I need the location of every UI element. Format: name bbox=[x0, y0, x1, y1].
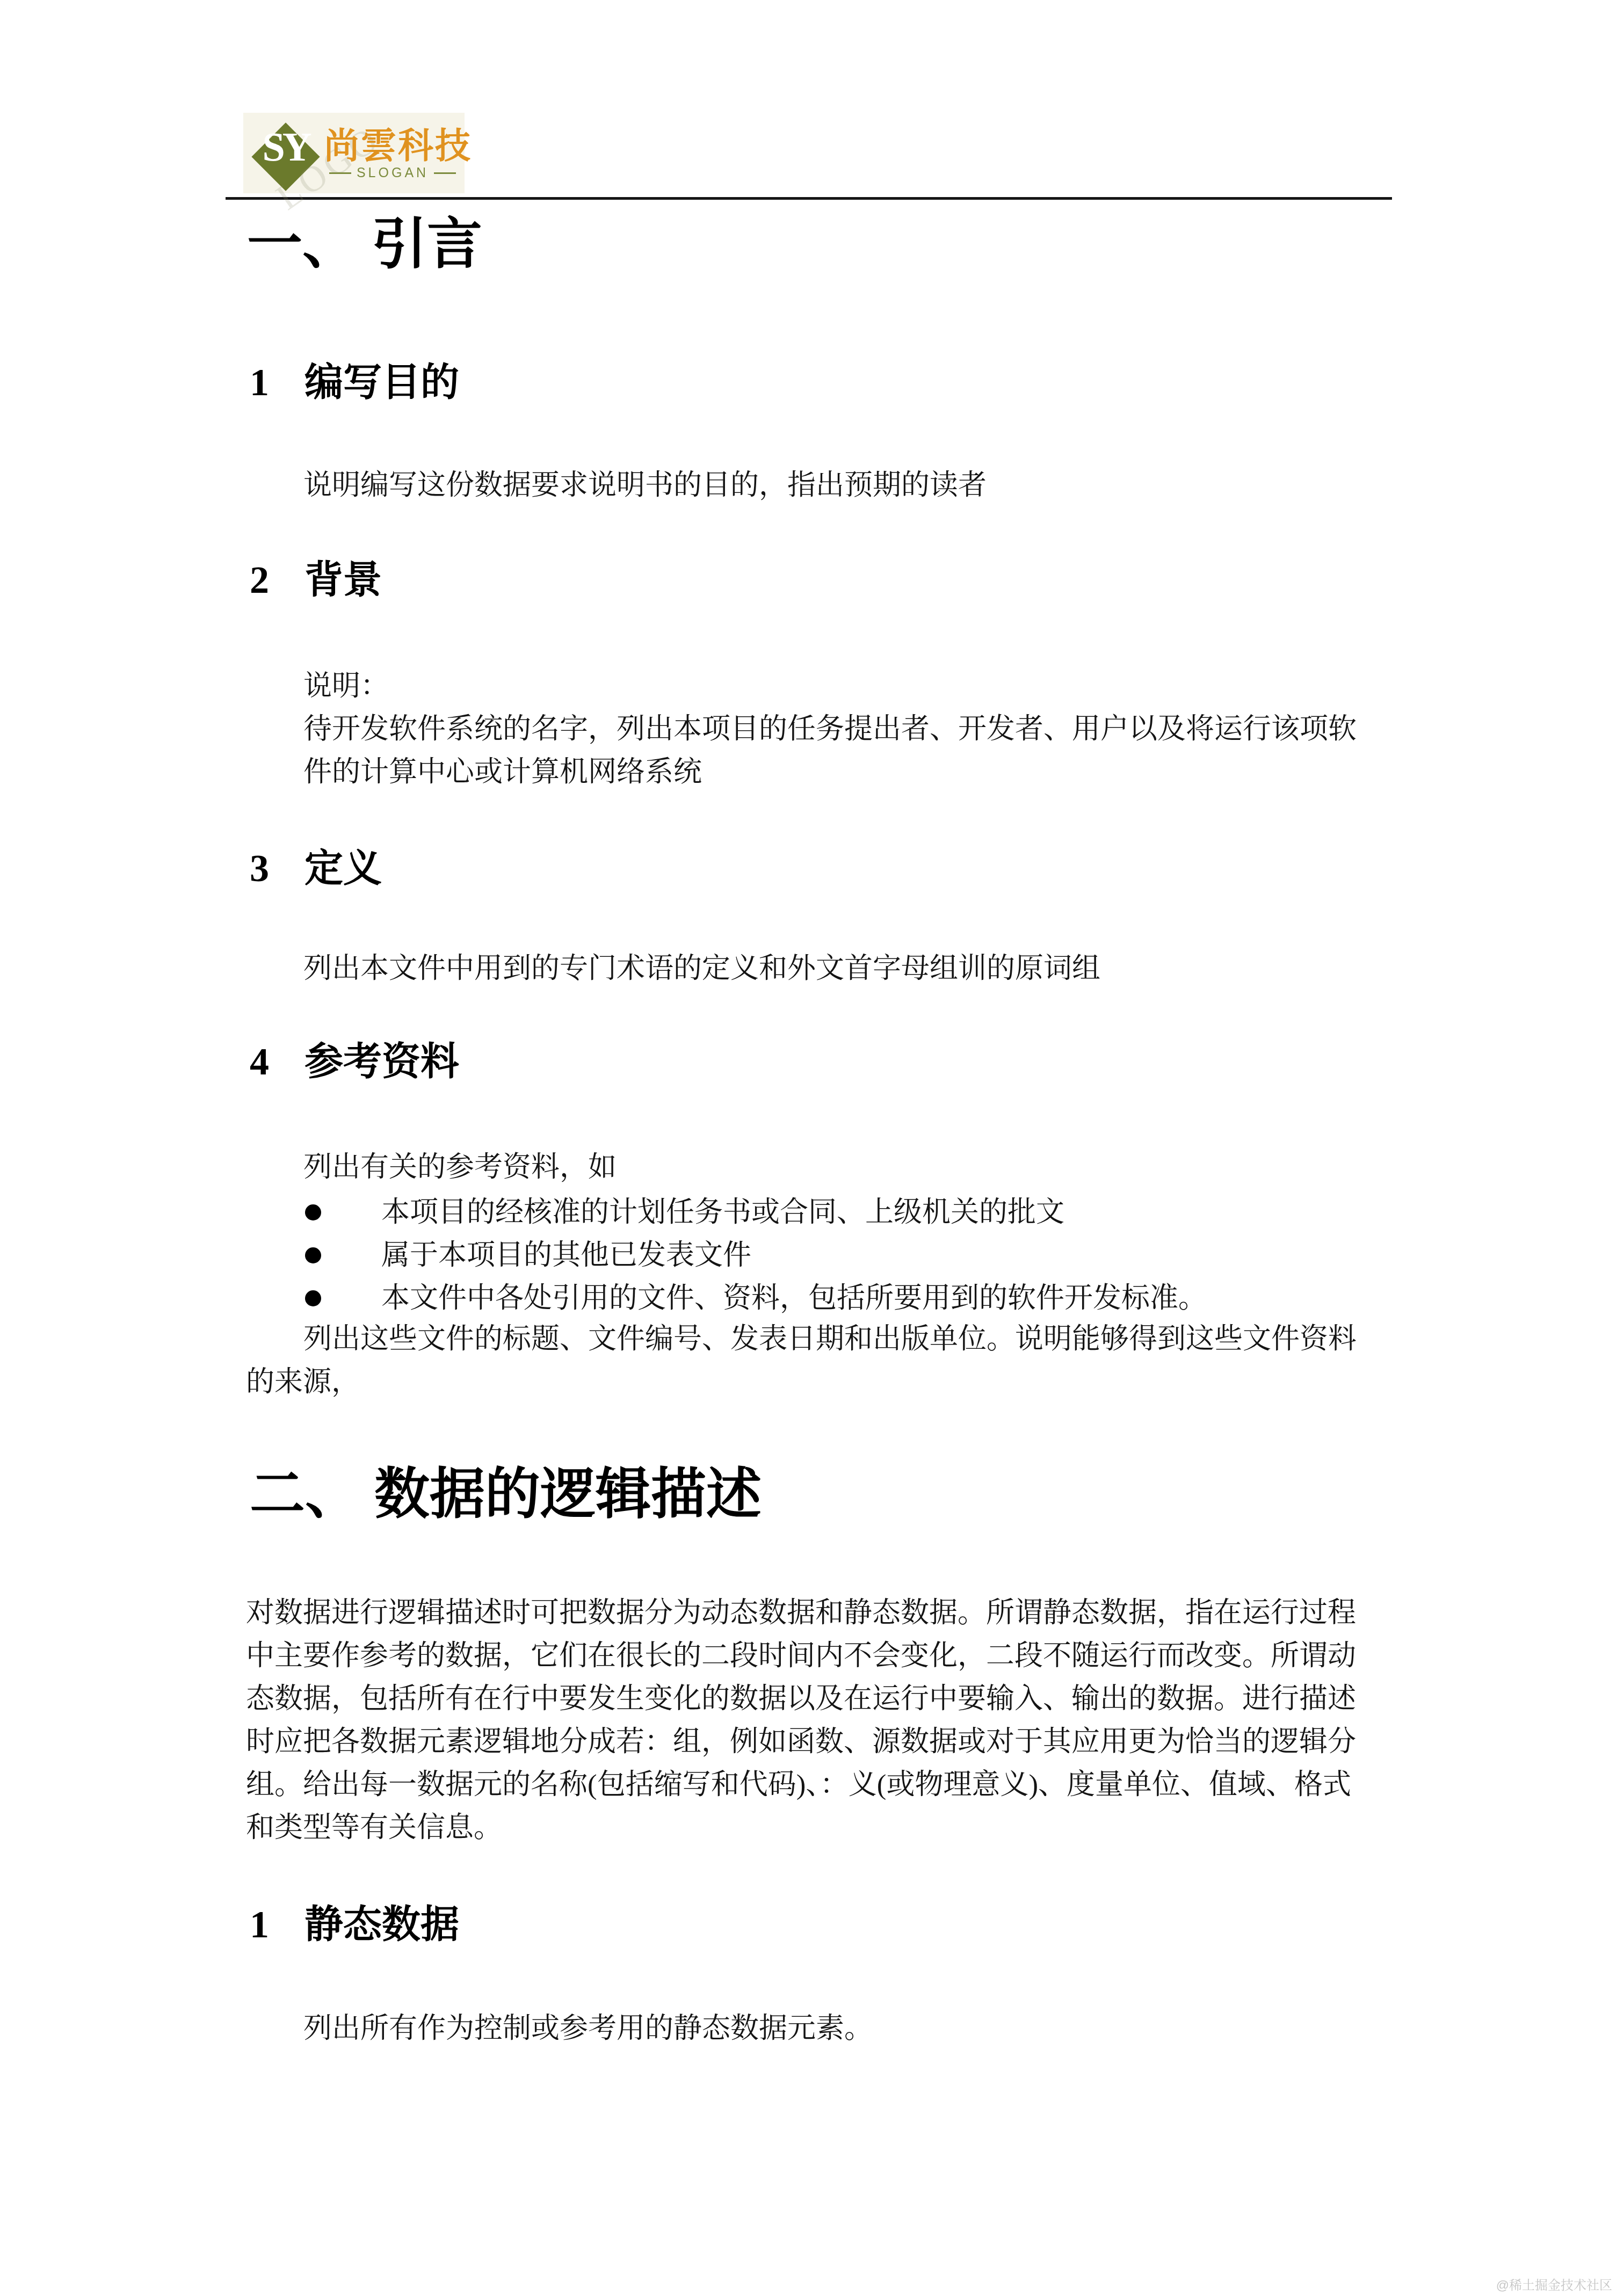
section-4-number: 4 bbox=[250, 1041, 305, 1083]
reference-list: 本项目的经核准的计划任务书或合同、上级机关的批文 属于本项目的其他已发表文件 本… bbox=[305, 1191, 1207, 1320]
section-1-title: 编写目的 bbox=[305, 361, 459, 404]
section-1-number: 1 bbox=[250, 361, 305, 404]
section-2-heading: 2 背景 bbox=[250, 559, 382, 601]
section-4-heading: 4 参考资料 bbox=[250, 1041, 459, 1083]
bullet-icon bbox=[305, 1204, 321, 1220]
section-3-title: 定义 bbox=[305, 847, 382, 890]
slogan-text: SLOGAN bbox=[357, 166, 429, 180]
chapter-2-number: 二、 bbox=[250, 1465, 374, 1525]
header-divider bbox=[226, 197, 1392, 200]
reference-item-text: 本文件中各处引用的文件、资料，包括所要用到的软件开发标准。 bbox=[381, 1277, 1207, 1320]
section-3-body: 列出本文件中用到的专门术语的定义和外文首字母组训的原词组 bbox=[303, 947, 1100, 990]
section-2-title: 背景 bbox=[305, 559, 382, 601]
bullet-icon bbox=[305, 1290, 321, 1306]
logo-slogan-row: SLOGAN bbox=[329, 166, 456, 180]
bullet-icon bbox=[305, 1247, 321, 1263]
section-5-heading: 1 静态数据 bbox=[250, 1903, 459, 1946]
list-item: 本项目的经核准的计划任务书或合同、上级机关的批文 bbox=[305, 1191, 1207, 1234]
section-2-body: 说明： 待开发软件系统的名字，列出本项目的任务提出者、开发者、用户以及将运行该项… bbox=[303, 665, 1357, 794]
logo-monogram: SY bbox=[248, 127, 324, 168]
slogan-right-line bbox=[434, 172, 456, 174]
section-5-number: 1 bbox=[250, 1903, 305, 1946]
reference-item-text: 本项目的经核准的计划任务书或合同、上级机关的批文 bbox=[381, 1191, 1064, 1234]
document-page: LOGO SY 尚雲科技 SLOGAN 一、 引言 1 编写目的 说明编写这份数… bbox=[0, 0, 1624, 2296]
list-item: 本文件中各处引用的文件、资料，包括所要用到的软件开发标准。 bbox=[305, 1277, 1207, 1320]
section-1-heading: 1 编写目的 bbox=[250, 361, 459, 404]
company-name: 尚雲科技 bbox=[324, 129, 472, 164]
chapter-1-number: 一、 bbox=[247, 215, 372, 275]
section-5-body: 列出所有作为控制或参考用的静态数据元素。 bbox=[303, 2007, 873, 2050]
section-3-heading: 3 定义 bbox=[250, 847, 382, 890]
section-4-title: 参考资料 bbox=[305, 1041, 459, 1083]
company-logo: LOGO SY 尚雲科技 SLOGAN bbox=[243, 113, 465, 193]
chapter-1-title: 引言 bbox=[372, 215, 482, 275]
chapter-2-title: 数据的逻辑描述 bbox=[374, 1465, 762, 1525]
chapter-2-heading: 二、 数据的逻辑描述 bbox=[250, 1465, 762, 1525]
section-2-number: 2 bbox=[250, 559, 305, 601]
section-5-title: 静态数据 bbox=[305, 1903, 459, 1946]
reference-item-text: 属于本项目的其他已发表文件 bbox=[381, 1234, 751, 1277]
section-1-body: 说明编写这份数据要求说明书的目的，指出预期的读者 bbox=[303, 464, 987, 507]
page-watermark: @稀土掘金技术社区 bbox=[1496, 2275, 1612, 2293]
section-4-intro: 列出有关的参考资料，如 bbox=[303, 1146, 617, 1189]
chapter-2-intro-paragraph: 对数据进行逻辑描述时可把数据分为动态数据和静态数据。所谓静态数据，指在运行过程 … bbox=[246, 1592, 1356, 1849]
slogan-left-line bbox=[329, 172, 351, 174]
chapter-1-heading: 一、 引言 bbox=[247, 215, 482, 275]
list-item: 属于本项目的其他已发表文件 bbox=[305, 1234, 1207, 1277]
section-3-number: 3 bbox=[250, 847, 305, 890]
section-4-outro: 列出这些文件的标题、文件编号、发表日期和出版单位。说明能够得到这些文件资料 的来… bbox=[246, 1318, 1357, 1404]
